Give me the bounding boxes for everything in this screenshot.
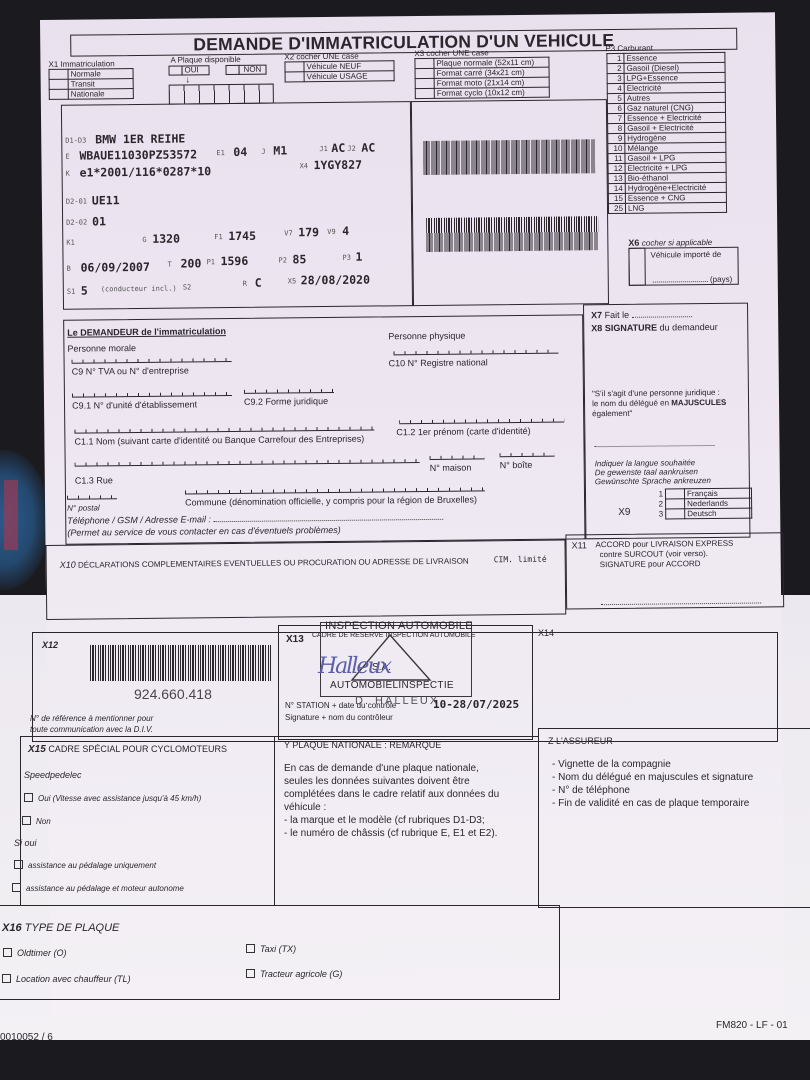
x16-code: X16 <box>2 922 22 934</box>
p3-code[interactable]: 13 <box>608 173 625 183</box>
x3-checkbox[interactable] <box>415 78 434 88</box>
x8-name-input[interactable] <box>594 433 714 452</box>
field-code-x4: X4 <box>300 162 309 170</box>
x1-table: Normale Transit Nationale <box>49 68 134 100</box>
field-value-d201: UE11 <box>92 193 120 207</box>
barcode-vehicle-1 <box>423 139 595 175</box>
p3-code[interactable]: 10 <box>608 143 625 153</box>
field-value-e: WBAUE11030PZ53572 <box>79 147 197 162</box>
x3-checkbox[interactable] <box>415 68 434 78</box>
x16-oldtimer-checkbox[interactable] <box>3 948 12 957</box>
field-value-e1: 04 <box>233 145 247 159</box>
field-value-s1: 5 <box>81 284 88 298</box>
x12-code: X12 <box>42 640 58 650</box>
field-value-v9: 4 <box>342 224 349 238</box>
field-value-p1: 1596 <box>220 254 248 268</box>
y-title: Y PLAQUE NATIONALE : REMARQUE <box>284 740 441 750</box>
x1-checkbox-nationale[interactable] <box>49 89 68 99</box>
field-value-x4: 1YGY827 <box>313 158 362 173</box>
x15-opt2-checkbox[interactable] <box>12 883 21 892</box>
reference-number: 924.660.418 <box>134 686 212 702</box>
x10-box <box>45 540 566 620</box>
field-code-k: K <box>66 170 70 178</box>
field-code-b: B <box>67 265 71 273</box>
boite-input[interactable] <box>500 451 555 458</box>
field-value-k: e1*2001/116*0287*10 <box>80 164 212 179</box>
p3-code[interactable]: 6 <box>607 103 624 113</box>
demandeur-title: Le DEMANDEUR de l'immatriculation <box>67 326 226 338</box>
field-code-j1: J1 <box>319 145 328 153</box>
x16-oldtimer: Oldtimer (O) <box>3 948 67 958</box>
plate-input-boxes[interactable] <box>169 84 274 105</box>
field-code-r: R <box>243 280 247 288</box>
c12-label: C1.2 1er prénom (carte d'identité) <box>396 426 530 437</box>
field-code-j2: J2 <box>347 145 356 153</box>
x15-oui: Oui (Vitesse avec assistance jusqu'à 45 … <box>24 793 201 803</box>
z-title: Z L'ASSUREUR <box>548 736 613 746</box>
field-value-f1: 1745 <box>228 229 256 243</box>
p3-code[interactable]: 25 <box>608 203 625 213</box>
z-item: - Fin de validité en cas de plaque tempo… <box>552 797 753 810</box>
y-line: En cas de demande d'une plaque nationale… <box>284 762 499 775</box>
vehicle-fields: D1-D3BMW 1ER REIHEEWBAUE11030PZ53572E104… <box>40 12 775 20</box>
x3-option: Plaque normale (52x11 cm) <box>434 57 549 68</box>
y-text: En cas de demande d'une plaque nationale… <box>284 762 499 840</box>
x11-text: ACCORD pour LIVRAISON EXPRESS contre SUR… <box>595 539 733 570</box>
reference-barcode <box>90 645 272 681</box>
x9-checkbox[interactable] <box>666 499 685 509</box>
x16-taxi-checkbox[interactable] <box>246 944 255 953</box>
a-oui-checkbox[interactable] <box>168 66 182 76</box>
maison-label: N° maison <box>430 463 472 473</box>
field-value-j1: AC <box>331 141 345 155</box>
field-code-d201: D2-01 <box>66 198 87 206</box>
p3-code[interactable]: 7 <box>608 113 625 123</box>
x16-taxi: Taxi (TX) <box>246 944 296 954</box>
c10-label: C10 N° Registre national <box>389 357 488 368</box>
arrow-down-icon: ↓ <box>186 74 191 84</box>
x9-row: 3Deutsch <box>655 508 752 519</box>
barcode-vehicle-2 <box>426 216 598 252</box>
x1-checkbox-transit[interactable] <box>49 79 68 89</box>
field-code-e: E <box>65 153 69 161</box>
x12-note-line: N° de référence à mentionner pour <box>30 713 153 724</box>
y-line: - la marque et le modèle (cf rubriques D… <box>284 814 499 827</box>
x6-code: X6 <box>628 238 639 248</box>
field-value-p2: 85 <box>292 252 306 266</box>
x9-num: 1 <box>655 489 666 499</box>
x2-checkbox-usage[interactable] <box>285 72 304 82</box>
x15-opt1: assistance au pédalage uniquement <box>14 860 156 870</box>
x15-non-checkbox[interactable] <box>22 816 31 825</box>
c13-label: C1.3 Rue <box>75 475 113 485</box>
x3-checkbox[interactable] <box>415 88 434 98</box>
x1-checkbox-normale[interactable] <box>49 69 68 79</box>
x12-note-line: toute communication avec la D.I.V. <box>30 724 153 735</box>
x9-label: X9 <box>618 507 630 518</box>
x8-note-line: également" <box>592 408 726 419</box>
language-hint: Indiquer la langue souhaitée De gewenste… <box>595 458 711 486</box>
tel-input[interactable] <box>214 519 444 522</box>
z-list: - Vignette de la compagnie- Nom du délég… <box>552 758 753 810</box>
field-code-p2: P2 <box>278 256 287 264</box>
maison-input[interactable] <box>430 453 485 460</box>
x10-code: X10 <box>60 560 76 570</box>
field-code-e1: E1 <box>216 149 225 157</box>
x16-tracteur-checkbox[interactable] <box>246 969 255 978</box>
x3-option: Format cyclo (10x12 cm) <box>434 87 549 98</box>
c91-label: C9.1 N° d'unité d'établissement <box>72 399 197 410</box>
boite-label: N° boîte <box>500 460 533 470</box>
field-value-g: 1320 <box>152 232 180 246</box>
x8-note-bold: MAJUSCULES <box>671 398 726 408</box>
x16-option: Oldtimer (O) <box>17 948 67 958</box>
p3-fuel-label: LNG <box>625 202 726 213</box>
p3-code[interactable]: 1 <box>607 53 624 63</box>
x1-option: Nationale <box>68 89 133 100</box>
station-date: 10-28/07/2025 <box>433 698 519 711</box>
x15-sioui: Si oui <box>14 838 37 848</box>
field-code-d1d3: D1-D3 <box>65 137 86 145</box>
p3-code[interactable]: 9 <box>608 133 625 143</box>
x6-pays-label: (pays) <box>710 275 732 284</box>
field-code-g: G <box>142 236 146 244</box>
x16-option: Location avec chauffeur (TL) <box>16 974 131 984</box>
x11-signature-input[interactable] <box>601 590 761 610</box>
x2-checkbox-neuf[interactable] <box>285 62 304 72</box>
x1-option: Normale <box>68 69 133 80</box>
x15-non-text: Non <box>36 817 51 826</box>
field-code-d202: D2-02 <box>66 219 87 227</box>
x15-opt1-checkbox[interactable] <box>14 860 23 869</box>
background-object <box>0 450 50 590</box>
field-code-f1: F1 <box>214 233 223 241</box>
p3-code[interactable]: 4 <box>607 83 624 93</box>
x1-option: Transit <box>68 79 133 90</box>
postal-input[interactable] <box>67 493 117 500</box>
stamp-bot: AUTOMOBIELINSPECTIE <box>330 680 454 691</box>
p3-row: 25LNG <box>608 202 726 213</box>
z-item: - N° de téléphone <box>552 784 753 797</box>
field-value-b: 06/09/2007 <box>81 260 150 275</box>
field-code-j: J <box>261 148 265 156</box>
x7-code: X7 <box>591 310 602 320</box>
x16-title: TYPE DE PLAQUE <box>25 922 120 934</box>
y-line: - le numéro de châssis (cf rubrique E, E… <box>284 827 499 840</box>
y-line: seules les données suivantes doivent êtr… <box>284 775 499 788</box>
footer-left: 0010052 / 6 <box>0 1032 53 1043</box>
x8-signature: X8 SIGNATURE du demandeur <box>591 322 718 333</box>
z-box <box>538 728 810 908</box>
x8-code: X8 <box>591 323 602 333</box>
lang-de: Gewünschte Sprache ankreuzen <box>595 476 711 486</box>
p3-code[interactable]: 15 <box>608 193 625 203</box>
s1-note: (conducteur incl.) <box>101 285 177 294</box>
field-code-v9: V9 <box>327 228 336 236</box>
x6-checkbox[interactable] <box>628 248 645 286</box>
x16-option: Tracteur agricole (G) <box>260 969 342 979</box>
p3-code[interactable]: 5 <box>607 93 624 103</box>
x16-tracteur: Tracteur agricole (G) <box>246 969 342 979</box>
field-value-j2: AC <box>361 140 375 154</box>
x9-num: 3 <box>655 509 666 519</box>
field-value-j: M1 <box>273 143 287 157</box>
c9-label: C9 N° TVA ou N° d'entreprise <box>72 365 189 376</box>
speedpedelec: Speedpedelec <box>24 770 82 780</box>
x15-oui-text: Oui (Vitesse avec assistance jusqu'à 45 … <box>38 794 201 803</box>
field-value-r: C <box>255 276 262 290</box>
footer-right: FM820 - LF - 01 <box>716 1020 788 1031</box>
inspector-signature: Halleux <box>318 654 390 679</box>
field-code-p1: P1 <box>207 258 216 266</box>
x11-line: SIGNATURE pour ACCORD <box>596 559 734 570</box>
tel-text: Téléphone / GSM / Adresse E-mail : <box>67 514 211 526</box>
background-bottom <box>0 1058 810 1080</box>
x9-lang: Deutsch <box>685 508 752 519</box>
field-value-p3v: 1 <box>355 250 362 264</box>
x2-table: Véhicule NEUF Véhicule USAGE <box>284 60 394 82</box>
sig-label: Signature + nom du contrôleur <box>285 713 393 722</box>
x15-header: X15 CADRE SPÉCIAL POUR CYCLOMOTEURS <box>28 744 227 755</box>
x8-bold: SIGNATURE <box>605 323 657 334</box>
personne-morale: Personne morale <box>67 343 136 354</box>
x7-text: Fait le <box>605 310 630 320</box>
x2-option: Véhicule USAGE <box>304 71 394 82</box>
c92-input[interactable] <box>244 387 334 394</box>
x15-oui-checkbox[interactable] <box>24 793 33 802</box>
field-code-k1: K1 <box>66 239 75 247</box>
x9-checkbox[interactable] <box>666 509 685 519</box>
field-code-x5: X5 <box>288 277 297 285</box>
a-label: A Plaque disponible <box>170 55 240 65</box>
z-item: - Vignette de la compagnie <box>552 758 753 771</box>
field-code-p3v: P3 <box>342 254 351 262</box>
c92-label: C9.2 Forme juridique <box>244 396 328 407</box>
x10-stamp: CIM. limité <box>494 555 547 565</box>
x9-checkbox[interactable] <box>665 489 684 499</box>
x15-code: X15 <box>28 744 46 755</box>
p3-code[interactable]: 11 <box>608 153 625 163</box>
x15-opt1-text: assistance au pédalage uniquement <box>28 861 156 870</box>
x16-location-checkbox[interactable] <box>2 974 11 983</box>
postal-label: N° postal <box>67 503 100 512</box>
x3-checkbox[interactable] <box>415 58 434 68</box>
x9-lang: Français <box>684 488 751 499</box>
p3-code[interactable]: 2 <box>607 63 624 73</box>
x3-table: Plaque normale (52x11 cm) Format carré (… <box>414 57 549 99</box>
x11-code: X11 <box>571 540 586 550</box>
y-line: véhicule : <box>284 801 499 814</box>
a-non: NON <box>238 65 266 75</box>
x13-code: X13 <box>286 634 304 645</box>
field-code-t: T <box>168 261 172 269</box>
field-code-s2: S2 <box>183 283 192 291</box>
x14-code: X14 <box>538 628 554 638</box>
x8-text: du demandeur <box>660 322 718 333</box>
x15-opt2: assistance au pédalage et moteur autonom… <box>12 883 184 893</box>
p3-code[interactable]: 3 <box>607 73 624 83</box>
p3-code[interactable]: 14 <box>608 183 625 193</box>
x8-note: "S'il s'agit d'une personne juridique : … <box>592 388 727 419</box>
inspector-stamp-name: D. HALLEUX <box>355 695 439 707</box>
x16-header: X16 TYPE DE PLAQUE <box>2 922 119 934</box>
x7-fait-le: X7 Fait le <box>591 309 692 320</box>
field-value-v7: 179 <box>298 225 319 239</box>
x15-title: CADRE SPÉCIAL POUR CYCLOMOTEURS <box>48 744 227 754</box>
x9-num: 2 <box>655 499 666 509</box>
x8-note-line: le nom du délégué en MAJUSCULES <box>592 398 726 409</box>
x15-opt2-text: assistance au pédalage et moteur autonom… <box>26 884 184 893</box>
stamp-top: INSPECTION AUTOMOBILE <box>325 620 473 632</box>
field-value-d1d3: BMW 1ER REIHE <box>95 131 185 146</box>
y-line: complétées dans le cadre relatif aux don… <box>284 788 499 801</box>
x7-date-input[interactable] <box>632 316 692 318</box>
p3-fuel-table: 1Essence2Gasoil (Diesel)3LPG+Essence4Ele… <box>606 52 727 214</box>
x12-note: N° de référence à mentionner pour toute … <box>30 713 153 735</box>
x8-note-text: le nom du délégué en <box>592 398 669 408</box>
field-value-t: 200 <box>180 256 201 270</box>
x9-lang: Nederlands <box>685 498 752 509</box>
barcode-box <box>411 99 609 306</box>
z-item: - Nom du délégué en majuscules et signat… <box>552 771 753 784</box>
x15-non: Non <box>22 816 51 826</box>
x6-text: Véhicule importé de <box>650 250 721 260</box>
x9-language-table: 1Français2Nederlands3Deutsch <box>655 488 752 520</box>
p3-code[interactable]: 12 <box>608 163 625 173</box>
personne-physique: Personne physique <box>388 331 465 342</box>
field-code-v7: V7 <box>284 229 293 237</box>
field-code-s1: S1 <box>67 288 76 296</box>
p3-code[interactable]: 8 <box>608 123 625 133</box>
field-value-d202: 01 <box>92 214 106 228</box>
x6-pays: (pays) <box>653 275 733 285</box>
x15-box <box>20 736 275 906</box>
field-value-x5: 28/08/2020 <box>301 273 370 288</box>
x16-option: Taxi (TX) <box>260 944 296 954</box>
x16-location: Location avec chauffeur (TL) <box>2 974 131 984</box>
a-non-checkbox[interactable] <box>225 65 239 75</box>
